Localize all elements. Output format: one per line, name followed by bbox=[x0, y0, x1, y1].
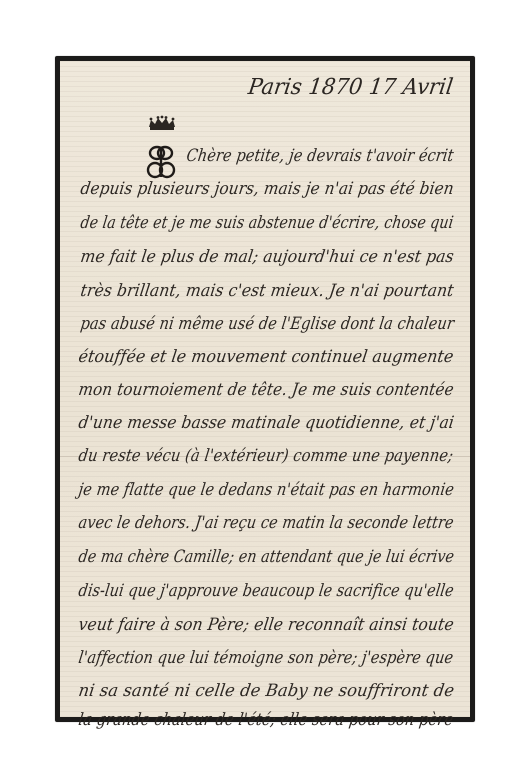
letter-line: du reste vécu (à l'extérieur) comme une … bbox=[77, 446, 454, 466]
letter-line: Chère petite, je devrais t'avoir écrit bbox=[185, 146, 455, 166]
letter-line: avec le dehors. J'ai reçu ce matin la se… bbox=[77, 513, 455, 533]
letter-line: ni sa santé ni celle de Baby ne souffrir… bbox=[77, 681, 455, 701]
coronet-icon bbox=[147, 115, 177, 131]
letter-date: Paris 1870 17 Avril bbox=[246, 75, 454, 100]
monogram-icon bbox=[146, 143, 176, 181]
letter-line: me fait le plus de mal; aujourd'hui ce n… bbox=[79, 247, 455, 267]
letter-line: d'une messe basse matinale quotidienne, … bbox=[77, 413, 455, 433]
letter-line: dis-lui que j'approuve beaucoup le sacri… bbox=[77, 581, 455, 601]
letter-page: Paris 1870 17 Avril Chère petite, je dev… bbox=[55, 56, 475, 722]
letter-line: la grande chaleur de l'été; elle sera po… bbox=[77, 710, 454, 730]
letter-line: très brillant, mais c'est mieux. Je n'ai… bbox=[79, 281, 455, 301]
letter-line: depuis plusieurs jours, mais je n'ai pas… bbox=[79, 179, 455, 199]
letter-line: de ma chère Camille; en attendant que je… bbox=[77, 547, 455, 567]
letter-line: veut faire à son Père; elle reconnaît ai… bbox=[77, 615, 455, 635]
letter-line: l'affection que lui témoigne son père; j… bbox=[77, 648, 454, 668]
letter-line: de la tête et je me suis abstenue d'écri… bbox=[79, 213, 454, 233]
letter-line: je me flatte que le dedans n'était pas e… bbox=[77, 480, 455, 500]
letter-line: mon tournoiement de tête. Je me suis con… bbox=[77, 380, 455, 400]
letter-line: étouffée et le mouvement continuel augme… bbox=[77, 347, 455, 367]
letter-line: pas abusé ni même usé de l'Eglise dont l… bbox=[79, 314, 455, 334]
